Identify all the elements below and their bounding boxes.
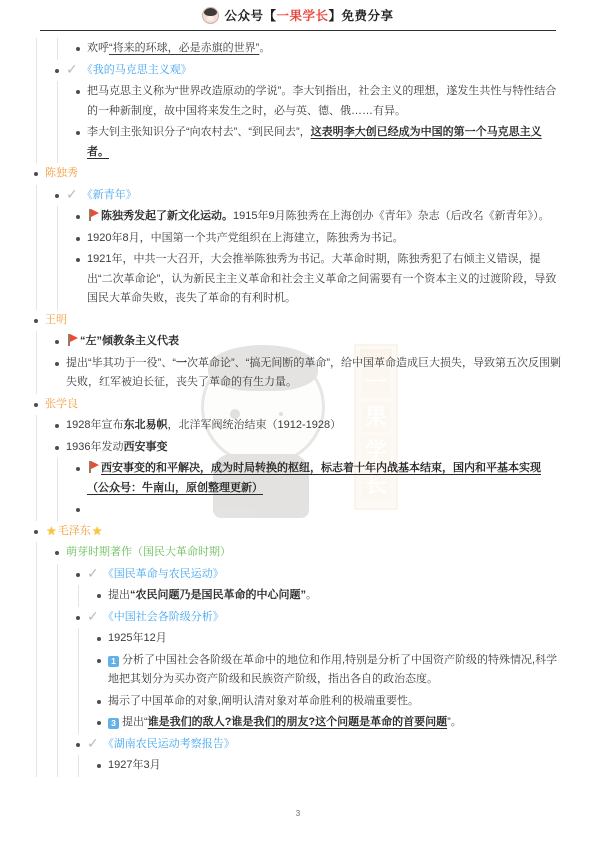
checkmark-icon: ✓	[66, 189, 78, 200]
outline-text-segment: 提出	[108, 589, 130, 601]
outline-text-segment: ”。	[447, 716, 462, 728]
outline-item-content: 西安事变的和平解决，成为时局转换的枢纽，标志着十年内战基本结束，国内和平基本实现…	[87, 459, 562, 498]
outline-children: 欢呼“将来的环球，必是赤旗的世界”。✓《我的马克思主义观》把马克思主义称为“世界…	[36, 38, 562, 163]
bullet-dot-icon	[73, 735, 87, 755]
outline-item: 提出“毕其功于一役”、“一次革命论”、“搞无间断的革命”，给中国革命造成巨大损失…	[52, 353, 562, 394]
bullet-dot-icon	[94, 756, 108, 776]
outline-node: 1920年8月，中国第一个共产党组织在上海建立，陈独秀为书记。	[73, 228, 562, 250]
outline-children: 把马克思主义称为“世界改造原动的学说”。李大钊指出，社会主义的理想，遂发生共性与…	[57, 81, 562, 163]
outline-item: ★毛泽东★	[31, 521, 562, 543]
keycap-3-icon: 3	[108, 718, 119, 729]
outline-text-segment: 陈独秀发起了新文化运动。	[101, 210, 233, 222]
red-flag-icon	[66, 334, 78, 346]
outline-node: ★毛泽东★萌芽时期著作（国民大革命时期）✓《国民革命与农民运动》提出“农民问题乃…	[31, 521, 562, 777]
outline-text-segment: 1927年3月	[108, 759, 161, 771]
bullet-dot-icon	[52, 332, 66, 352]
outline-node	[73, 499, 562, 521]
outline-text-segment: “农民问题乃是国民革命的中心问题”	[130, 589, 306, 601]
outline-item: 萌芽时期著作（国民大革命时期）	[52, 542, 562, 564]
outline-text-segment: 西安事变	[123, 441, 167, 453]
bullet-dot-icon	[31, 395, 45, 415]
header-brand-name: 一果学长	[276, 9, 328, 23]
outline-item-content: 1分析了中国社会各阶级在革命中的地位和作用,特别是分析了中国资产阶级的特殊情况,…	[108, 651, 562, 690]
notes-outline: 欢呼“将来的环球，必是赤旗的世界”。✓《我的马克思主义观》把马克思主义称为“世界…	[0, 38, 596, 777]
bullet-dot-icon	[31, 311, 45, 331]
red-flag-icon	[87, 209, 99, 221]
outline-text-segment: 1921年，中共一大召开，大会推举陈独秀为书记。大革命时期，陈独秀犯了右倾主义错…	[87, 253, 556, 304]
checkmark-icon: ✓	[66, 64, 78, 75]
outline-node: 揭示了中国革命的对象,阐明认清对象对革命胜利的极端重要性。	[94, 691, 562, 713]
outline-text-segment: ，北洋军阀统治结束（1912-1928）	[167, 419, 341, 431]
outline-item-content: 1920年8月，中国第一个共产党组织在上海建立，陈独秀为书记。	[87, 229, 562, 249]
outline-node: 1928年宣布东北易帜，北洋军阀统治结束（1912-1928）	[52, 415, 562, 437]
outline-item: 西安事变的和平解决，成为时局转换的枢纽，标志着十年内战基本结束，国内和平基本实现…	[73, 458, 562, 499]
outline-children: 欢呼“将来的环球，必是赤旗的世界”。	[57, 38, 562, 60]
outline-node: 提出“农民问题乃是国民革命的中心问题”。	[94, 585, 562, 607]
outline-item-content: 3提出“谁是我们的敌人?谁是我们的朋友?这个问题是革命的首要问题”。	[108, 713, 562, 733]
outline-node: 陈独秀发起了新文化运动。1915年9月陈独秀在上海创办《青年》杂志（后改名《新青…	[73, 206, 562, 228]
outline-item: ✓《新青年》	[52, 185, 562, 207]
checkmark-icon: ✓	[87, 568, 99, 579]
outline-item: 欢呼“将来的环球，必是赤旗的世界”。	[73, 38, 562, 60]
outline-item: ✓《我的马克思主义观》	[52, 60, 562, 82]
outline-text-segment: 分析了中国社会各阶级在革命中的地位和作用,特别是分析了中国资产阶级的特殊情况,科…	[108, 654, 557, 686]
bullet-dot-icon	[73, 565, 87, 585]
page-header: 公众号【一果学长】免费分享	[40, 0, 556, 31]
outline-item-content: 1927年3月	[108, 756, 562, 776]
outline-node: 欢呼“将来的环球，必是赤旗的世界”。	[52, 38, 562, 60]
bullet-dot-icon	[73, 123, 87, 143]
keycap-1-icon: 1	[108, 656, 119, 667]
header-title-suffix: 】免费分享	[329, 9, 394, 23]
account-avatar-icon	[202, 7, 219, 24]
outline-item-content: 陈独秀	[45, 164, 562, 184]
outline-item: 1928年宣布东北易帜，北洋军阀统治结束（1912-1928）	[52, 415, 562, 437]
outline-node: ✓《国民革命与农民运动》提出“农民问题乃是国民革命的中心问题”。	[73, 564, 562, 607]
outline-item-content: “左”倾教条主义代表	[66, 332, 562, 352]
outline-item: 王明	[31, 310, 562, 332]
outline-text-segment: 张学良	[45, 398, 78, 410]
outline-item-content: 1925年12月	[108, 629, 562, 649]
outline-text-segment: 西安事变的和平解决，成为时局转换的枢纽，标志着十年内战基本结束，国内和平基本实现…	[87, 462, 541, 494]
outline-children: 陈独秀发起了新文化运动。1915年9月陈独秀在上海创办《青年》杂志（后改名《新青…	[57, 206, 562, 310]
bullet-dot-icon	[94, 692, 108, 712]
bullet-dot-icon	[94, 651, 108, 671]
outline-item-content: 提出“毕其功于一役”、“一次革命论”、“搞无间断的革命”，给中国革命造成巨大损失…	[66, 354, 562, 393]
outline-text-segment: 一	[176, 357, 187, 369]
outline-item-content: 李大钊主张知识分子“向农村去”、“到民间去”，这表明李大创已经成为中国的第一个马…	[87, 123, 562, 162]
outline-item: 1927年3月	[94, 755, 562, 777]
bullet-dot-icon	[52, 543, 66, 563]
bullet-dot-icon	[94, 713, 108, 733]
outline-text-segment: 1925年12月	[108, 632, 167, 644]
outline-item-content: 欢呼“将来的环球，必是赤旗的世界”。	[87, 39, 562, 59]
header-title-prefix: 公众号【	[224, 9, 276, 23]
bullet-dot-icon	[73, 39, 87, 59]
outline-item-content: 1928年宣布东北易帜，北洋军阀统治结束（1912-1928）	[66, 416, 562, 436]
outline-children: 西安事变的和平解决，成为时局转换的枢纽，标志着十年内战基本结束，国内和平基本实现…	[57, 458, 562, 521]
bullet-dot-icon	[73, 250, 87, 270]
red-flag-icon	[87, 461, 99, 473]
outline-node: ✓《中国社会各阶级分析》1925年12月1分析了中国社会各阶级在革命中的地位和作…	[73, 607, 562, 734]
outline-text-segment: 1936年发动	[66, 441, 123, 453]
outline-item-content: ✓《我的马克思主义观》	[66, 61, 562, 81]
bullet-dot-icon	[73, 459, 87, 479]
outline-node: ✓《新青年》陈独秀发起了新文化运动。1915年9月陈独秀在上海创办《青年》杂志（…	[52, 185, 562, 310]
outline-text-segment: 。	[306, 589, 317, 601]
outline-item: ✓《中国社会各阶级分析》	[73, 607, 562, 629]
outline-text-segment: 毛泽东	[58, 525, 91, 537]
outline-item: ✓《国民革命与农民运动》	[73, 564, 562, 586]
checkmark-icon: ✓	[87, 611, 99, 622]
outline-text-segment: 东北易帜	[123, 419, 167, 431]
bullet-dot-icon	[31, 164, 45, 184]
outline-text-segment: 王明	[45, 314, 67, 326]
outline-item: 揭示了中国革命的对象,阐明认清对象对革命胜利的极端重要性。	[94, 691, 562, 713]
outline-item-content: 1936年发动西安事变	[66, 438, 562, 458]
outline-node: 提出“毕其功于一役”、“一次革命论”、“搞无间断的革命”，给中国革命造成巨大损失…	[52, 353, 562, 394]
outline-item: 1921年，中共一大召开，大会推举陈独秀为书记。大革命时期，陈独秀犯了右倾主义错…	[73, 249, 562, 310]
outline-text-segment: 《新青年》	[82, 189, 137, 201]
outline-item-content: 王明	[45, 311, 562, 331]
outline-text-segment: 把马克思主义称为“世界改造原动的学说”。李大钊指出，社会主义的理想，遂发生共性与…	[87, 85, 556, 117]
outline-node: 西安事变的和平解决，成为时局转换的枢纽，标志着十年内战基本结束，国内和平基本实现…	[73, 458, 562, 499]
outline-node: 欢呼“将来的环球，必是赤旗的世界”。✓《我的马克思主义观》把马克思主义称为“世界…	[31, 38, 562, 163]
outline-text-segment: 1915年9月陈独秀在上海创办《青年》杂志（后改名《新青年》）。	[233, 210, 550, 222]
outline-text-segment: 提出“毕其功于一役”、“	[66, 357, 176, 369]
outline-node: 3提出“谁是我们的敌人?谁是我们的朋友?这个问题是革命的首要问题”。	[94, 712, 562, 734]
outline-node: 1936年发动西安事变西安事变的和平解决，成为时局转换的枢纽，标志着十年内战基本…	[52, 437, 562, 521]
checkmark-icon: ✓	[87, 738, 99, 749]
outline-item: “左”倾教条主义代表	[52, 331, 562, 353]
outline-item-content: 张学良	[45, 395, 562, 415]
outline-text-segment: 《我的马克思主义观》	[82, 64, 192, 76]
outline-text-segment: 谁是我们的敌人?谁是我们的朋友?这个问题是革命的首要问题	[148, 716, 447, 728]
bullet-dot-icon	[73, 608, 87, 628]
outline-children: 提出“农民问题乃是国民革命的中心问题”。	[78, 585, 562, 607]
outline-node: 把马克思主义称为“世界改造原动的学说”。李大钊指出，社会主义的理想，遂发生共性与…	[73, 81, 562, 122]
outline-text-segment: 提出“	[122, 716, 148, 728]
outline-item: 1分析了中国社会各阶级在革命中的地位和作用,特别是分析了中国资产阶级的特殊情况,…	[94, 650, 562, 691]
outline-children: ✓《国民革命与农民运动》提出“农民问题乃是国民革命的中心问题”。✓《中国社会各阶…	[57, 564, 562, 777]
outline-node: 张学良1928年宣布东北易帜，北洋军阀统治结束（1912-1928）1936年发…	[31, 394, 562, 521]
outline-children: 1928年宣布东北易帜，北洋军阀统治结束（1912-1928）1936年发动西安…	[36, 415, 562, 521]
header-title: 公众号【一果学长】免费分享	[224, 6, 393, 24]
bullet-dot-icon	[52, 438, 66, 458]
star-icon: ★	[92, 526, 103, 537]
outline-text-segment: 《国民革命与农民运动》	[103, 568, 224, 580]
bullet-dot-icon	[94, 586, 108, 606]
outline-text-segment: 《湖南农民运动考察报告》	[103, 738, 235, 750]
outline-text-segment: “左”倾教条主义代表	[80, 335, 179, 347]
outline-node: ✓《湖南农民运动考察报告》1927年3月	[73, 734, 562, 777]
outline-item-content: 把马克思主义称为“世界改造原动的学说”。李大钊指出，社会主义的理想，遂发生共性与…	[87, 82, 562, 121]
outline-item-content: ✓《国民革命与农民运动》	[87, 565, 562, 585]
outline-node: 1927年3月	[94, 755, 562, 777]
outline-item-content: 揭示了中国革命的对象,阐明认清对象对革命胜利的极端重要性。	[108, 692, 562, 712]
outline-node: “左”倾教条主义代表	[52, 331, 562, 353]
outline-text-segment: 李大钊主张知识分子“向农村去”、“到民间去”，	[87, 126, 311, 138]
outline-item-content: ✓《湖南农民运动考察报告》	[87, 735, 562, 755]
outline-item: ✓《湖南农民运动考察报告》	[73, 734, 562, 756]
outline-item-content: 提出“农民问题乃是国民革命的中心问题”。	[108, 586, 562, 606]
outline-item: 1920年8月，中国第一个共产党组织在上海建立，陈独秀为书记。	[73, 228, 562, 250]
outline-children: “左”倾教条主义代表提出“毕其功于一役”、“一次革命论”、“搞无间断的革命”，给…	[36, 331, 562, 394]
outline-item: 张学良	[31, 394, 562, 416]
outline-item: 提出“农民问题乃是国民革命的中心问题”。	[94, 585, 562, 607]
outline-node: 1925年12月	[94, 628, 562, 650]
outline-item: 把马克思主义称为“世界改造原动的学说”。李大钊指出，社会主义的理想，遂发生共性与…	[73, 81, 562, 122]
outline-children: ✓《新青年》陈独秀发起了新文化运动。1915年9月陈独秀在上海创办《青年》杂志（…	[36, 185, 562, 310]
outline-item-content: 1921年，中共一大召开，大会推举陈独秀为书记。大革命时期，陈独秀犯了右倾主义错…	[87, 250, 562, 309]
outline-item: 1936年发动西安事变	[52, 437, 562, 459]
outline-children: 萌芽时期著作（国民大革命时期）✓《国民革命与农民运动》提出“农民问题乃是国民革命…	[36, 542, 562, 777]
outline-text-segment: 萌芽时期著作（国民大革命时期）	[66, 546, 231, 558]
outline-text-segment: “将来的环球，必是赤旗的世界”	[109, 42, 259, 54]
outline-item-content: ✓《中国社会各阶级分析》	[87, 608, 562, 628]
bullet-dot-icon	[52, 354, 66, 374]
outline-item: 3提出“谁是我们的敌人?谁是我们的朋友?这个问题是革命的首要问题”。	[94, 712, 562, 734]
outline-item: 李大钊主张知识分子“向农村去”、“到民间去”，这表明李大创已经成为中国的第一个马…	[73, 122, 562, 163]
outline-node: 欢呼“将来的环球，必是赤旗的世界”。	[73, 38, 562, 60]
outline-node: 1分析了中国社会各阶级在革命中的地位和作用,特别是分析了中国资产阶级的特殊情况,…	[94, 650, 562, 691]
star-icon: ★	[46, 526, 57, 537]
page-number: 3	[0, 809, 596, 818]
outline-text-segment: 陈独秀	[45, 167, 78, 179]
outline-node: 李大钊主张知识分子“向农村去”、“到民间去”，这表明李大创已经成为中国的第一个马…	[73, 122, 562, 163]
outline-text-segment: 欢呼	[87, 42, 109, 54]
outline-item-content: 萌芽时期著作（国民大革命时期）	[66, 543, 562, 563]
bullet-dot-icon	[52, 186, 66, 206]
bullet-dot-icon	[52, 416, 66, 436]
bullet-dot-icon	[73, 229, 87, 249]
bullet-dot-icon	[94, 629, 108, 649]
outline-text-segment: 。	[259, 42, 270, 54]
bullet-dot-icon	[73, 500, 87, 520]
outline-item-content: ★毛泽东★	[45, 522, 562, 542]
outline-text-segment: 揭示了中国革命的对象,阐明认清对象对革命胜利的极端重要性。	[108, 695, 419, 707]
outline-item: 陈独秀发起了新文化运动。1915年9月陈独秀在上海创办《青年》杂志（后改名《新青…	[73, 206, 562, 228]
outline-node: 1921年，中共一大召开，大会推举陈独秀为书记。大革命时期，陈独秀犯了右倾主义错…	[73, 249, 562, 310]
outline-item: 陈独秀	[31, 163, 562, 185]
outline-text-segment: 《中国社会各阶级分析》	[103, 611, 224, 623]
outline-item: 1925年12月	[94, 628, 562, 650]
outline-children: 1927年3月	[78, 755, 562, 777]
outline-node: 王明“左”倾教条主义代表提出“毕其功于一役”、“一次革命论”、“搞无间断的革命”…	[31, 310, 562, 394]
outline-node: 萌芽时期著作（国民大革命时期）✓《国民革命与农民运动》提出“农民问题乃是国民革命…	[52, 542, 562, 777]
bullet-dot-icon	[73, 82, 87, 102]
outline-item-content: ✓《新青年》	[66, 186, 562, 206]
outline-children: 1925年12月1分析了中国社会各阶级在革命中的地位和作用,特别是分析了中国资产…	[78, 628, 562, 734]
outline-item-content: 陈独秀发起了新文化运动。1915年9月陈独秀在上海创办《青年》杂志（后改名《新青…	[87, 207, 562, 227]
outline-text-segment: 1920年8月，中国第一个共产党组织在上海建立，陈独秀为书记。	[87, 232, 404, 244]
outline-node: ✓《我的马克思主义观》把马克思主义称为“世界改造原动的学说”。李大钊指出，社会主…	[52, 60, 562, 164]
outline-node: 陈独秀✓《新青年》陈独秀发起了新文化运动。1915年9月陈独秀在上海创办《青年》…	[31, 163, 562, 310]
bullet-dot-icon	[52, 61, 66, 81]
outline-text-segment: 1928年宣布	[66, 419, 123, 431]
bullet-dot-icon	[73, 207, 87, 227]
bullet-dot-icon	[31, 522, 45, 542]
outline-item	[73, 499, 562, 521]
